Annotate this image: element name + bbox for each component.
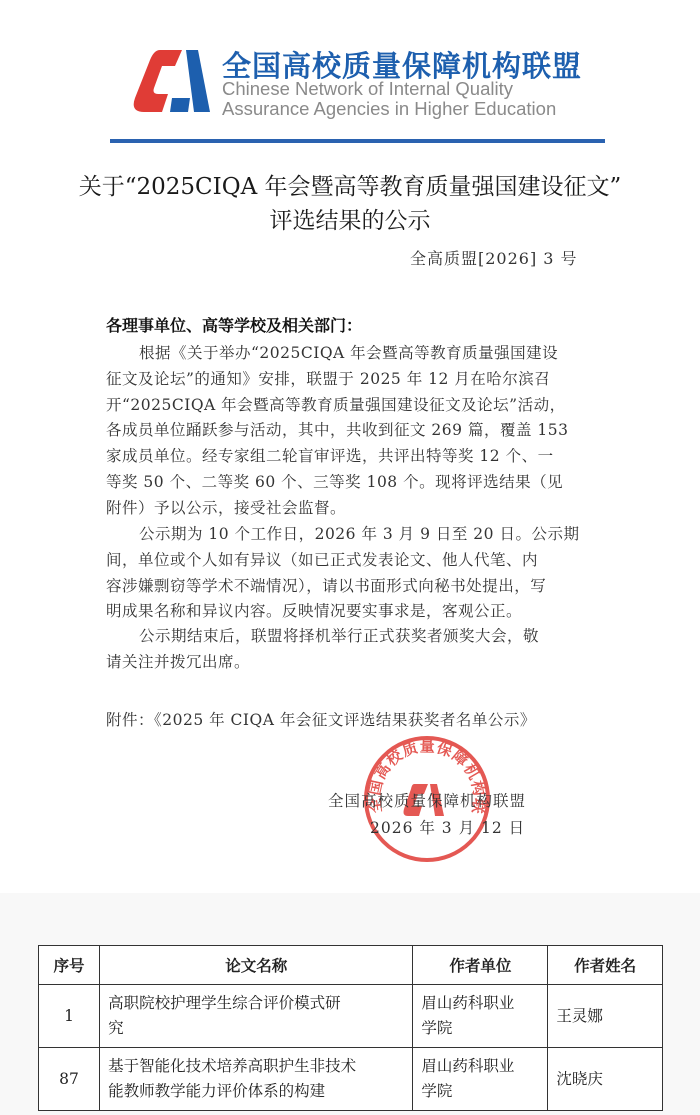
cell-author: 沈晓庆 — [548, 1048, 663, 1111]
cell-text: 学院 — [421, 1016, 539, 1041]
column-header-author: 作者姓名 — [548, 946, 663, 985]
cell-text: 高职院校护理学生综合评价模式研 — [108, 991, 404, 1016]
award-list-table: 序号 论文名称 作者单位 作者姓名 1 高职院校护理学生综合评价模式研 究 眉山… — [38, 945, 663, 1111]
cell-text: 能教师教学能力评价体系的构建 — [108, 1079, 404, 1104]
cell-no: 87 — [39, 1048, 100, 1111]
cell-unit: 眉山药科职业 学院 — [413, 985, 548, 1048]
cell-title: 高职院校护理学生综合评价模式研 究 — [100, 985, 413, 1048]
notice-title-line1: 关于“2025CIQA 年会暨高等教育质量强国建设征文” — [0, 168, 700, 201]
text-line: 明成果名称和异议内容。反映情况要实事求是，客观公正。 — [106, 599, 581, 625]
salutation: 各理事单位、高等学校及相关部门： — [106, 313, 362, 336]
cell-text: 眉山药科职业 — [421, 1054, 539, 1079]
notice-title-line2: 评选结果的公示 — [0, 202, 700, 235]
text-line: 各成员单位踊跃参与活动，其中，共收到征文 269 篇，覆盖 153 — [106, 418, 581, 444]
paragraph-ceremony: 公示期结束后，联盟将择机举行正式获奖者颁奖大会，敬 请关注并拨冗出席。 — [106, 624, 581, 676]
column-header-unit: 作者单位 — [413, 946, 548, 985]
cell-title: 基于智能化技术培养高职护生非技术 能教师教学能力评价体系的构建 — [100, 1048, 413, 1111]
text-line: 开“2025CIQA 年会暨高等教育质量强国建设征文及论坛”活动， — [106, 393, 581, 419]
header-divider — [110, 139, 605, 143]
table-row: 87 基于智能化技术培养高职护生非技术 能教师教学能力评价体系的构建 眉山药科职… — [39, 1048, 663, 1111]
org-name-en-line1: Chinese Network of Internal Quality — [222, 79, 513, 99]
cnqa-logo-icon — [132, 48, 212, 114]
cell-text: 学院 — [421, 1079, 539, 1104]
cell-text: 眉山药科职业 — [421, 991, 539, 1016]
text-line: 家成员单位。经专家组二轮盲审评选，共评出特等奖 12 个、一 — [106, 444, 581, 470]
text-line: 公示期为 10 个工作日，2026 年 3 月 9 日至 20 日。公示期 — [106, 522, 581, 548]
text-line: 间，单位或个人如有异议（如已正式发表论文、他人代笔、内 — [106, 548, 581, 574]
org-name-en-line2: Assurance Agencies in Higher Education — [222, 99, 556, 119]
text-line: 请关注并拨冗出席。 — [106, 650, 581, 676]
signature-date: 2026 年 3 月 12 日 — [370, 816, 525, 838]
text-line: 公示期结束后，联盟将择机举行正式获奖者颁奖大会，敬 — [106, 624, 581, 650]
paragraph-background: 根据《关于举办“2025CIQA 年会暨高等教育质量强国建设 征文及论坛”的通知… — [106, 341, 581, 522]
document-number: 全高质盟[2026] 3 号 — [410, 246, 578, 269]
column-header-title: 论文名称 — [100, 946, 413, 985]
signature-organization: 全国高校质量保障机构联盟 — [328, 789, 526, 811]
table-row: 1 高职院校护理学生综合评价模式研 究 眉山药科职业 学院 王灵娜 — [39, 985, 663, 1048]
letterhead: 全国高校质量保障机构联盟 Chinese Network of Internal… — [0, 0, 700, 150]
attachment-reference: 附件：《2025 年 CIQA 年会征文评选结果获奖者名单公示》 — [106, 708, 536, 730]
cell-author: 王灵娜 — [548, 985, 663, 1048]
text-line: 附件）予以公示，接受社会监督。 — [106, 496, 581, 522]
text-line: 容涉嫌剽窃等学术不端情况），请以书面形式向秘书处提出，写 — [106, 574, 581, 600]
text-line: 根据《关于举办“2025CIQA 年会暨高等教育质量强国建设 — [106, 341, 581, 367]
table-header-row: 序号 论文名称 作者单位 作者姓名 — [39, 946, 663, 985]
cell-unit: 眉山药科职业 学院 — [413, 1048, 548, 1111]
cell-text: 究 — [108, 1016, 404, 1041]
column-header-no: 序号 — [39, 946, 100, 985]
text-line: 等奖 50 个、二等奖 60 个、三等奖 108 个。现将评选结果（见 — [106, 470, 581, 496]
text-line: 征文及论坛”的通知》安排，联盟于 2025 年 12 月在哈尔滨召 — [106, 367, 581, 393]
cell-no: 1 — [39, 985, 100, 1048]
cell-text: 基于智能化技术培养高职护生非技术 — [108, 1054, 404, 1079]
paragraph-publicity-period: 公示期为 10 个工作日，2026 年 3 月 9 日至 20 日。公示期 间，… — [106, 522, 581, 625]
